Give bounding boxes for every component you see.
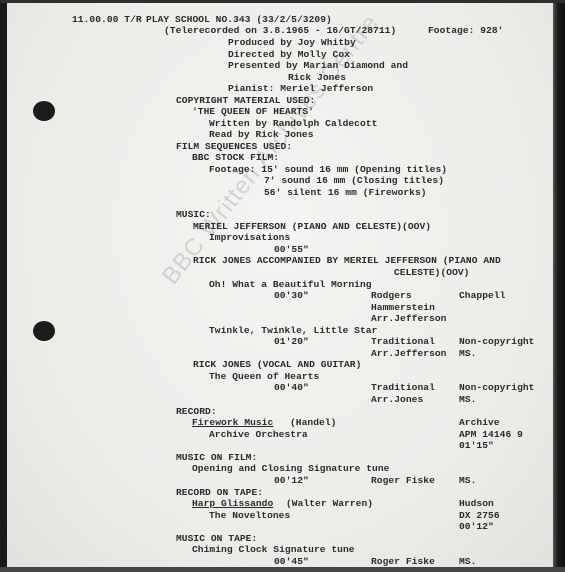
record-label-2: APM 14146 9 [459, 429, 523, 440]
music-item-3-title: Twinkle, Twinkle, Little Star [209, 325, 377, 336]
music-performer-2-cont: CELESTE)(OOV) [394, 267, 470, 278]
music-item-1-title: Improvisations [209, 232, 290, 243]
music-on-tape-duration: 00'45" [274, 556, 309, 567]
music-item-2-duration: 00'30" [274, 290, 309, 301]
music-item-4-composer-2: Arr.Jones [371, 394, 423, 405]
copyright-read-by: Read by Rick Jones [209, 129, 314, 140]
music-item-4-publisher-2: MS. [459, 394, 476, 405]
programme-title: PLAY SCHOOL NO.343 (33/2/5/3209) [146, 14, 332, 25]
music-item-1-duration: 00'55" [274, 244, 309, 255]
bottom-frame-bar [0, 567, 565, 572]
film-line-3: 56' silent 16 mm (Fireworks) [264, 187, 427, 198]
record-on-tape-title: Harp Glissando [192, 498, 273, 509]
music-item-2-title: Oh! What a Beautiful Morning [209, 279, 372, 290]
music-performer-3: RICK JONES (VOCAL AND GUITAR) [193, 359, 361, 370]
music-heading: MUSIC: [176, 209, 211, 220]
music-performer-1: MERIEL JEFFERSON (PIANO AND CELESTE)(OOV… [193, 221, 431, 232]
credit-presenter-2: Rick Jones [288, 72, 346, 83]
music-on-film-publisher: MS. [459, 475, 476, 486]
music-on-film-composer: Roger Fiske [371, 475, 435, 486]
record-duration: 01'15" [459, 440, 494, 451]
credit-pianist: Pianist: Meriel Jefferson [228, 83, 373, 94]
record-composer: (Handel) [290, 417, 336, 428]
music-item-4-duration: 00'40" [274, 382, 309, 393]
music-item-3-publisher-2: MS. [459, 348, 476, 359]
copyright-title: 'THE QUEEN OF HEARTS' [192, 106, 314, 117]
music-item-4-title: The Queen of Hearts [209, 371, 319, 382]
punch-hole [33, 321, 55, 341]
credit-presenter: Presented by Marian Diamond and [228, 60, 408, 71]
punch-hole [33, 101, 55, 121]
copyright-written-by: Written by Randolph Caldecott [209, 118, 377, 129]
right-page-edge [553, 3, 565, 567]
music-item-3-duration: 01'20" [274, 336, 309, 347]
film-heading: FILM SEQUENCES USED: [176, 141, 292, 152]
copyright-heading: COPYRIGHT MATERIAL USED: [176, 95, 315, 106]
music-performer-2: RICK JONES ACCOMPANIED BY MERIEL JEFFERS… [193, 255, 501, 266]
record-on-tape-label-2: DX 2756 [459, 510, 500, 521]
record-label-1: Archive [459, 417, 500, 428]
music-item-2-composer-1: Rodgers [371, 290, 412, 301]
music-item-4-publisher-1: Non-copyright [459, 382, 535, 393]
music-item-3-composer-1: Traditional [371, 336, 435, 347]
music-item-3-composer-2: Arr.Jefferson [371, 348, 447, 359]
music-on-film-duration: 00'12" [274, 475, 309, 486]
record-on-tape-duration: 00'12" [459, 521, 494, 532]
record-title: Firework Music [192, 417, 273, 428]
record-on-tape-performer: The Noveltones [209, 510, 290, 521]
music-on-film-heading: MUSIC ON FILM: [176, 452, 257, 463]
music-item-2-composer-3: Arr.Jefferson [371, 313, 447, 324]
music-item-2-composer-2: Hammerstein [371, 302, 435, 313]
record-heading: RECORD: [176, 406, 217, 417]
film-line-1: Footage: 15' sound 16 mm (Opening titles… [209, 164, 447, 175]
music-on-tape-title: Chiming Clock Signature tune [192, 544, 355, 555]
record-on-tape-heading: RECORD ON TAPE: [176, 487, 263, 498]
footage: Footage: 928' [428, 25, 504, 36]
time-code: 11.00.00 T/R [72, 14, 142, 25]
music-item-3-publisher-1: Non-copyright [459, 336, 535, 347]
credit-producer: Produced by Joy Whitby [228, 37, 356, 48]
telerecorded-line: (Telerecorded on 3.8.1965 - 16/GT/28711) [164, 25, 396, 36]
record-performer: Archive Orchestra [209, 429, 308, 440]
document-page: BBC Written Archives Centre 11.00.00 T/R… [7, 3, 553, 567]
music-on-tape-composer: Roger Fiske [371, 556, 435, 567]
music-on-tape-publisher: MS. [459, 556, 476, 567]
record-on-tape-composer: (Walter Warren) [286, 498, 373, 509]
music-on-film-title: Opening and Closing Signature tune [192, 463, 389, 474]
music-item-4-composer-1: Traditional [371, 382, 435, 393]
music-item-2-publisher: Chappell [459, 290, 505, 301]
left-page-edge [0, 3, 7, 567]
credit-director: Directed by Molly Cox [228, 49, 350, 60]
film-line-2: 7' sound 16 mm (Closing titles) [264, 175, 444, 186]
record-on-tape-label-1: Hudson [459, 498, 494, 509]
music-on-tape-heading: MUSIC ON TAPE: [176, 533, 257, 544]
film-sub: BBC STOCK FILM: [192, 152, 279, 163]
